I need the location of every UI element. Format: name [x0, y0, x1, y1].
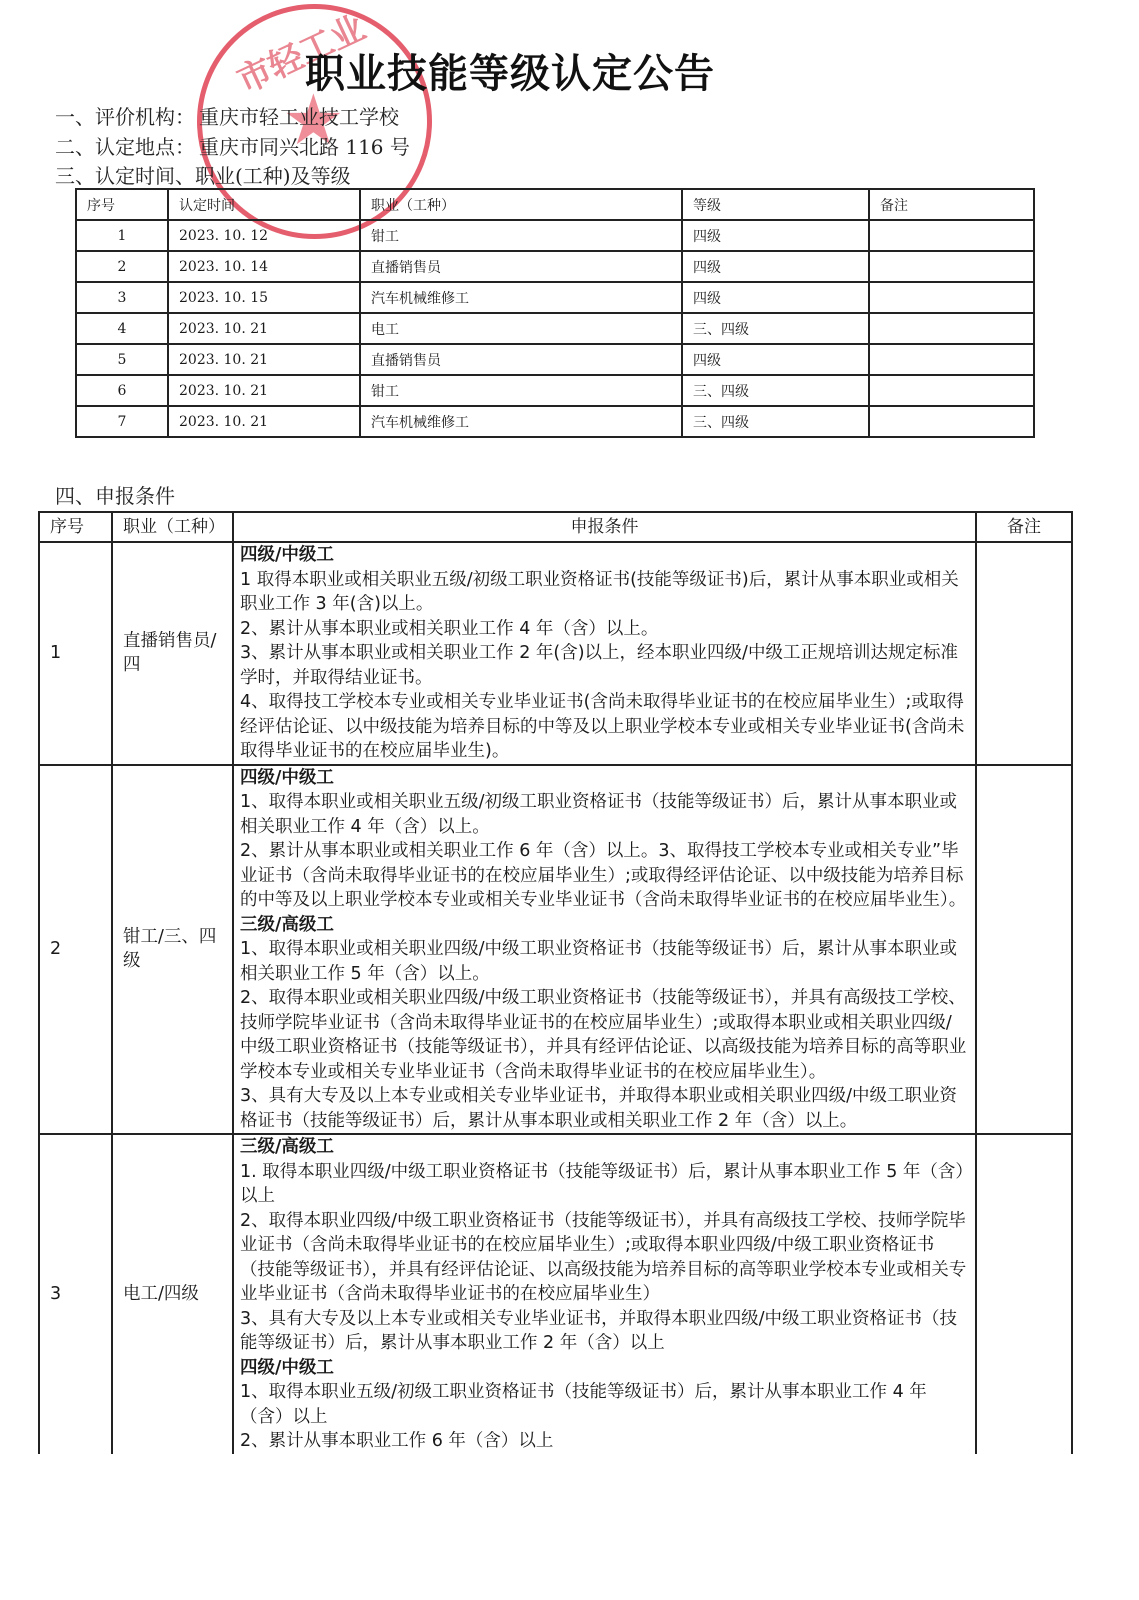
table-row: 2 2023. 10. 14 直播销售员 四级: [76, 251, 1034, 282]
table-row: 1 直播销售员/四 四级/中级工 1 取得本职业或相关职业五级/初级工职业资格证…: [39, 542, 1072, 765]
cell-level: 四级: [682, 282, 869, 313]
info-value: 重庆市同兴北路 116 号: [199, 135, 410, 159]
level-heading: 四级/中级工: [240, 543, 969, 568]
cell-job: 钳工: [360, 375, 682, 406]
cell-note: [869, 313, 1034, 344]
condition-item: 2、累计从事本职业或相关职业工作 4 年（含）以上。: [240, 617, 969, 642]
header-job: 职业（工种）: [360, 189, 682, 220]
cell-note: [976, 542, 1072, 765]
info-location: 二、认定地点：重庆市同兴北路 116 号: [55, 131, 410, 160]
cell-idx: 2: [39, 765, 112, 1135]
table-row: 7 2023. 10. 21 汽车机械维修工 三、四级: [76, 406, 1034, 437]
cell-level: 四级: [682, 251, 869, 282]
cell-note: [869, 406, 1034, 437]
condition-item: 3、累计从事本职业或相关职业工作 2 年(含)以上，经本职业四级/中级工正规培训…: [240, 641, 969, 690]
cell-job: 电工/四级: [112, 1134, 233, 1454]
condition-item: 4、取得技工学校本专业或相关专业毕业证书(含尚未取得毕业证书的在校应届毕业生）;…: [240, 690, 969, 764]
header-idx: 序号: [76, 189, 168, 220]
cell-note: [869, 375, 1034, 406]
table-header-row: 序号 认定时间 职业（工种） 等级 备注: [76, 189, 1034, 220]
cell-date: 2023. 10. 21: [168, 375, 360, 406]
condition-item: 2、累计从事本职业或相关职业工作 6 年（含）以上。3、取得技工学校本专业或相关…: [240, 839, 969, 913]
cell-date: 2023. 10. 14: [168, 251, 360, 282]
table-row: 2 钳工/三、四级 四级/中级工 1、取得本职业或相关职业五级/初级工职业资格证…: [39, 765, 1072, 1135]
info-label: 二、认定地点：: [55, 135, 195, 159]
requirements-table: 序号 职业（工种） 申报条件 备注 1 直播销售员/四 四级/中级工 1 取得本…: [38, 511, 1073, 1454]
header-idx: 序号: [39, 512, 112, 542]
cell-job: 直播销售员/四: [112, 542, 233, 765]
cell-note: [869, 251, 1034, 282]
condition-item: 1. 取得本职业四级/中级工职业资格证书（技能等级证书）后，累计从事本职业工作 …: [240, 1160, 969, 1209]
table-row: 3 2023. 10. 15 汽车机械维修工 四级: [76, 282, 1034, 313]
cell-date: 2023. 10. 21: [168, 313, 360, 344]
cell-note: [869, 220, 1034, 251]
cell-date: 2023. 10. 12: [168, 220, 360, 251]
cell-job: 汽车机械维修工: [360, 282, 682, 313]
cell-job: 直播销售员: [360, 344, 682, 375]
condition-item: 3、具有大专及以上本专业或相关专业毕业证书，并取得本职业或相关职业四级/中级工职…: [240, 1084, 969, 1133]
condition-item: 2、累计从事本职业工作 6 年（含）以上: [240, 1429, 969, 1454]
info-label: 一、评价机构：: [55, 105, 195, 129]
cell-idx: 3: [39, 1134, 112, 1454]
table-row: 1 2023. 10. 12 钳工 四级: [76, 220, 1034, 251]
cell-job: 钳工: [360, 220, 682, 251]
condition-item: 3、具有大专及以上本专业或相关专业毕业证书，并取得本职业四级/中级工职业资格证书…: [240, 1307, 969, 1356]
info-evaluator: 一、评价机构：重庆市轻工业技工学校: [55, 101, 399, 130]
cell-note: [976, 765, 1072, 1135]
level-heading: 三级/高级工: [240, 1135, 969, 1160]
table-row: 3 电工/四级 三级/高级工 1. 取得本职业四级/中级工职业资格证书（技能等级…: [39, 1134, 1072, 1454]
table-row: 5 2023. 10. 21 直播销售员 四级: [76, 344, 1034, 375]
cell-level: 三、四级: [682, 313, 869, 344]
cell-level: 三、四级: [682, 375, 869, 406]
level-heading: 四级/中级工: [240, 1356, 969, 1381]
level-heading: 三级/高级工: [240, 913, 969, 938]
cell-level: 四级: [682, 220, 869, 251]
header-job: 职业（工种）: [112, 512, 233, 542]
cell-idx: 4: [76, 313, 168, 344]
cell-idx: 7: [76, 406, 168, 437]
condition-item: 2、取得本职业四级/中级工职业资格证书（技能等级证书），并具有高级技工学校、技师…: [240, 1209, 969, 1307]
cell-level: 三、四级: [682, 406, 869, 437]
cell-level: 四级: [682, 344, 869, 375]
condition-item: 2、取得本职业或相关职业四级/中级工职业资格证书（技能等级证书），并具有高级技工…: [240, 986, 969, 1084]
cell-job: 钳工/三、四级: [112, 765, 233, 1135]
cell-date: 2023. 10. 21: [168, 406, 360, 437]
header-date: 认定时间: [168, 189, 360, 220]
section-title: 四、申报条件: [55, 480, 175, 509]
cell-note: [869, 282, 1034, 313]
info-value: 重庆市轻工业技工学校: [199, 105, 399, 129]
cell-conditions: 四级/中级工 1 取得本职业或相关职业五级/初级工职业资格证书(技能等级证书)后…: [233, 542, 976, 765]
cell-idx: 1: [76, 220, 168, 251]
condition-item: 1 取得本职业或相关职业五级/初级工职业资格证书(技能等级证书)后，累计从事本职…: [240, 568, 969, 617]
header-note: 备注: [976, 512, 1072, 542]
cell-conditions: 四级/中级工 1、取得本职业或相关职业五级/初级工职业资格证书（技能等级证书）后…: [233, 765, 976, 1135]
table-header-row: 序号 职业（工种） 申报条件 备注: [39, 512, 1072, 542]
cell-date: 2023. 10. 15: [168, 282, 360, 313]
info-schedule-heading: 三、认定时间、职业(工种)及等级: [55, 160, 351, 189]
info-label: 三、认定时间、职业(工种)及等级: [55, 164, 351, 188]
header-conditions: 申报条件: [233, 512, 976, 542]
cell-job: 电工: [360, 313, 682, 344]
header-note: 备注: [869, 189, 1034, 220]
page-title: 职业技能等级认定公告: [305, 42, 715, 99]
table-row: 6 2023. 10. 21 钳工 三、四级: [76, 375, 1034, 406]
schedule-table: 序号 认定时间 职业（工种） 等级 备注 1 2023. 10. 12 钳工 四…: [75, 188, 1035, 438]
header-level: 等级: [682, 189, 869, 220]
condition-item: 1、取得本职业或相关职业五级/初级工职业资格证书（技能等级证书）后，累计从事本职…: [240, 790, 969, 839]
cell-idx: 2: [76, 251, 168, 282]
cell-conditions: 三级/高级工 1. 取得本职业四级/中级工职业资格证书（技能等级证书）后，累计从…: [233, 1134, 976, 1454]
cell-note: [976, 1134, 1072, 1454]
condition-item: 1、取得本职业或相关职业四级/中级工职业资格证书（技能等级证书）后，累计从事本职…: [240, 937, 969, 986]
cell-job: 直播销售员: [360, 251, 682, 282]
cell-idx: 6: [76, 375, 168, 406]
table-row: 4 2023. 10. 21 电工 三、四级: [76, 313, 1034, 344]
cell-job: 汽车机械维修工: [360, 406, 682, 437]
cell-idx: 3: [76, 282, 168, 313]
cell-date: 2023. 10. 21: [168, 344, 360, 375]
cell-idx: 5: [76, 344, 168, 375]
condition-item: 1、取得本职业五级/初级工职业资格证书（技能等级证书）后，累计从事本职业工作 4…: [240, 1380, 969, 1429]
cell-note: [869, 344, 1034, 375]
level-heading: 四级/中级工: [240, 766, 969, 791]
cell-idx: 1: [39, 542, 112, 765]
